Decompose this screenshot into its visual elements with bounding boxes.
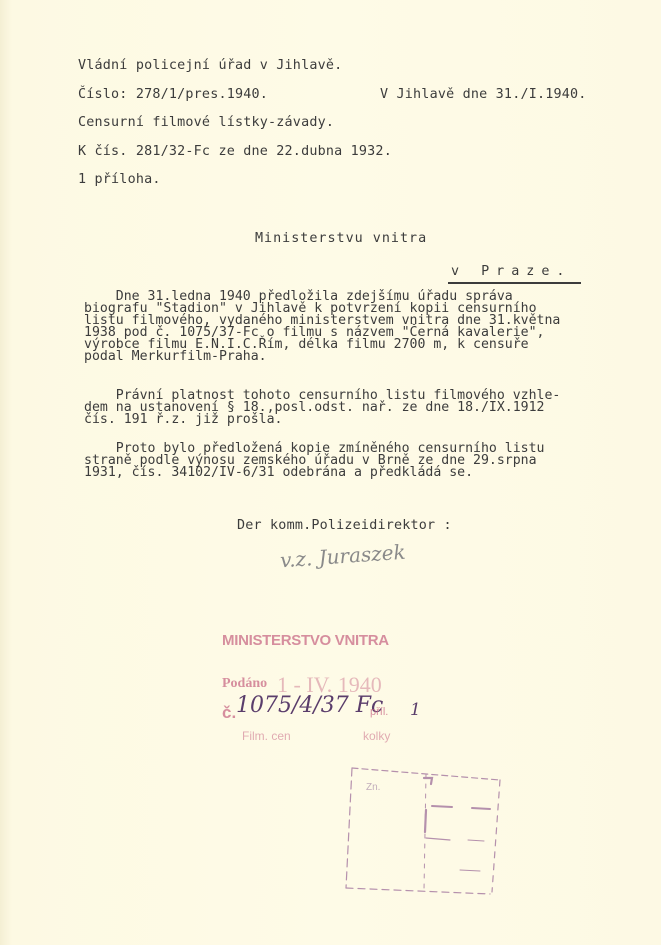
issuing-office: Vládní policejní úřad v Jihlavě. (78, 58, 342, 73)
stamp-stamps-label: kolky (363, 729, 390, 743)
stamp-received-label: Podáno (222, 676, 267, 692)
paragraph-1-line-6: podal Merkurfilm-Praha. (84, 351, 267, 363)
document-page: Vládní policejní úřad v Jihlavě. Číslo: … (0, 0, 661, 945)
paragraph-2-line-3: čís. 191 ř.z. již prošla. (84, 414, 283, 426)
stamp-attachments-value: 1 (410, 700, 421, 720)
attachment-count: 1 příloha. (78, 172, 161, 187)
registry-box-stamp: Zn. (340, 760, 510, 900)
addressee-name: Ministerstvu vnitra (255, 231, 427, 246)
stamp-ministry-heading: MINISTERSTVO VNITRA (222, 632, 389, 649)
city-underline (448, 282, 581, 284)
signatory-title: Der komm.Polizeidirektor : (237, 518, 452, 533)
prior-reference: K čís. 281/32-Fc ze dne 22.dubna 1932. (78, 144, 392, 159)
paragraph-3-line-3: 1931, čís. 34102/IV-6/31 odebrána a před… (84, 467, 473, 479)
reference-number: Číslo: 278/1/pres.1940. (78, 87, 268, 102)
box-stamp-label: Zn. (366, 782, 380, 793)
subject-line: Censurní filmové lístky-závady. (78, 115, 334, 130)
stamp-department: Film. cen (242, 729, 291, 743)
handwritten-signature: v.z. Juraszek (279, 540, 406, 573)
stamp-attachments-label: příl. (370, 706, 388, 718)
addressee-city: v Praze. (451, 264, 572, 279)
stamp-number-value: 1075/4/37 Fc (236, 693, 383, 718)
stamp-number-label: č. (222, 703, 236, 723)
place-and-date: V Jihlavě dne 31./I.1940. (380, 87, 587, 102)
